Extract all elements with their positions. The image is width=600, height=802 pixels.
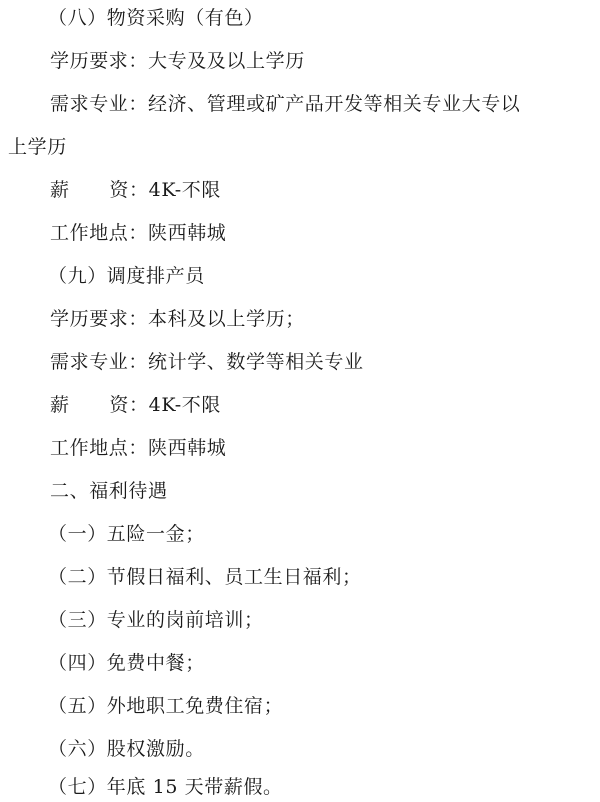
- benefit-item-2: （二）节假日福利、员工生日福利；: [48, 565, 362, 589]
- benefit-item-4: （四）免费中餐；: [48, 651, 205, 675]
- benefit-item-5: （五）外地职工免费住宿；: [48, 694, 283, 718]
- section8-salary: 薪 资：4K-不限: [50, 178, 221, 202]
- benefits-heading: 二、福利待遇: [50, 479, 168, 503]
- section8-education: 学历要求：大专及及以上学历: [50, 49, 305, 73]
- section9-education: 学历要求：本科及以上学历；: [50, 307, 305, 331]
- benefit-item-3: （三）专业的岗前培训；: [48, 608, 264, 632]
- section8-major-line1: 需求专业：经济、管理或矿产品开发等相关专业大专以: [50, 92, 520, 116]
- document-page: （八）物资采购（有色） 学历要求：大专及及以上学历 需求专业：经济、管理或矿产品…: [0, 0, 600, 802]
- section9-title: （九）调度排产员: [48, 264, 205, 288]
- section9-salary: 薪 资：4K-不限: [50, 393, 221, 417]
- section8-title: （八）物资采购（有色）: [48, 6, 264, 30]
- section9-location: 工作地点：陕西韩城: [50, 436, 226, 460]
- benefit-item-6: （六）股权激励。: [48, 737, 205, 761]
- section9-major: 需求专业：统计学、数学等相关专业: [50, 350, 364, 374]
- section8-location: 工作地点：陕西韩城: [50, 221, 226, 245]
- section8-major-line2: 上学历: [8, 135, 67, 159]
- benefit-item-1: （一）五险一金；: [48, 522, 205, 546]
- benefit-item-7: （七）年底 15 天带薪假。: [48, 775, 283, 799]
